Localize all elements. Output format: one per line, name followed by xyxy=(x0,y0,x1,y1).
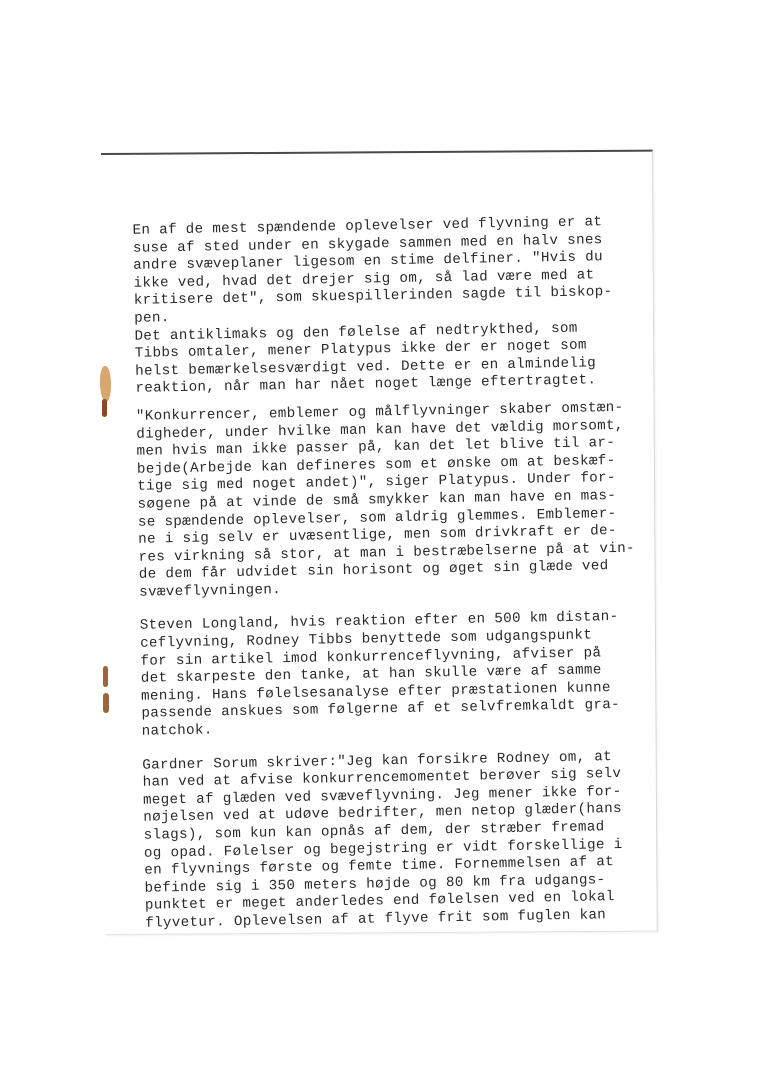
staple-mark-lower-2 xyxy=(103,693,109,713)
paragraph-4: Gardner Sorum skriver:"Jeg kan forsikre … xyxy=(142,749,615,934)
page-text: En af de mest spændende oplevelser ved f… xyxy=(132,214,615,933)
staple-mark-lower-1 xyxy=(103,666,108,687)
paragraph-2: "Konkurrencer, emblemer og målflyvninger… xyxy=(136,400,609,602)
paragraph-3: Steven Longland, hvis reaktion efter en … xyxy=(140,610,612,742)
staple-stain-upper xyxy=(100,366,111,402)
paragraph-1: En af de mest spændende oplevelser ved f… xyxy=(132,214,605,399)
typewritten-page: En af de mest spændende oplevelser ved f… xyxy=(101,150,658,935)
staple-mark-upper xyxy=(102,399,107,417)
